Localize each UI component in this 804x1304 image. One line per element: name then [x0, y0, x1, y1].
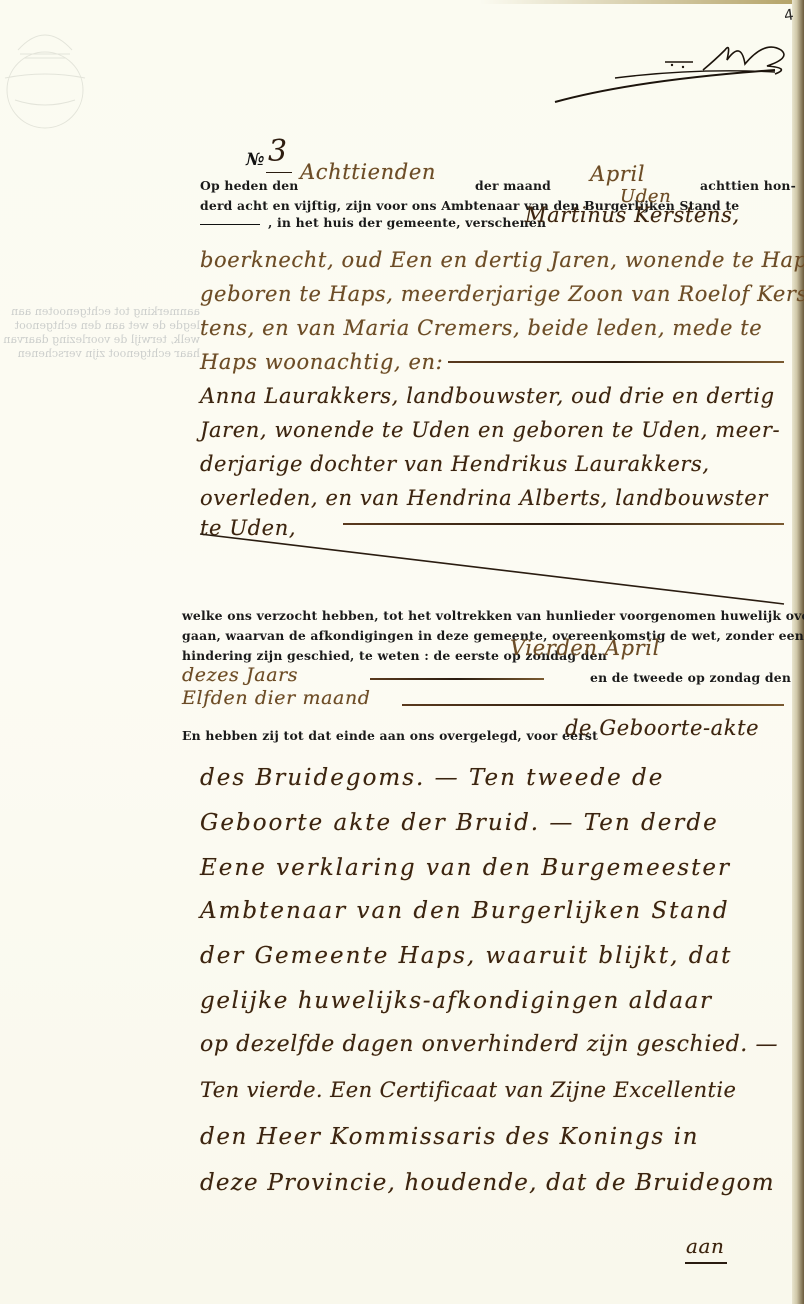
cancellation-line	[200, 530, 790, 610]
printed-banns-line-2: gaan, waarvan de afkondigingen in deze g…	[182, 628, 804, 643]
hand-day: Achttienden	[300, 160, 436, 184]
catchword: aan	[686, 1234, 725, 1258]
top-paper-edge	[480, 0, 792, 4]
paraph-signature-icon	[545, 40, 785, 110]
printed-der-maand: der maand	[475, 178, 551, 193]
fill-line	[402, 704, 784, 706]
show-through-text: aanmerking tot echtgenooten aan legde de…	[0, 305, 200, 385]
document-line-8: Ten vierde. Een Certificaat van Zijne Ex…	[200, 1078, 736, 1102]
bride-line-2: Jaren, wonende te Uden en geboren te Ude…	[200, 418, 780, 442]
document-line-2: Geboorte akte der Bruid. — Ten derde	[200, 810, 719, 836]
fill-line	[343, 523, 784, 525]
groom-line-4: Haps woonachtig, en:	[200, 350, 443, 374]
document-line-3: Eene verklaring van den Burgemeester	[200, 855, 731, 881]
blank-line	[200, 224, 260, 225]
printed-documents-intro: En hebben zij tot dat einde aan ons over…	[182, 728, 598, 743]
document-line-6: gelijke huwelijks-afkondigingen aldaar	[200, 988, 713, 1014]
document-line-9: den Heer Kommissaris des Konings in	[200, 1124, 699, 1150]
fill-line	[448, 361, 784, 363]
printed-op-heden-den: Op heden den	[200, 178, 299, 193]
printed-banns-line-1: welke ons verzocht hebben, tot het voltr…	[182, 608, 804, 623]
bride-line-1: Anna Laurakkers, landbouwster, oud drie …	[200, 384, 775, 408]
record-number-label: №	[246, 150, 264, 170]
hand-first-banns-year: dezes Jaars	[182, 664, 298, 686]
catchword-underline	[685, 1262, 727, 1264]
document-line-5: der Gemeente Haps, waaruit blijkt, dat	[200, 943, 732, 969]
hand-groom-name: Martinus Kerstens,	[525, 203, 740, 227]
record-number-underline	[266, 172, 292, 173]
bride-line-4: overleden, en van Hendrina Alberts, land…	[200, 486, 768, 510]
printed-verschenen-line: , in het huis der gemeente, verschenen	[268, 215, 546, 230]
document-line-4: Ambtenaar van den Burgerlijken Stand	[200, 898, 730, 924]
document-line-10: deze Provincie, houdende, dat de Bruideg…	[200, 1170, 775, 1196]
printed-tweede-zondag: en de tweede op zondag den	[590, 670, 791, 685]
groom-line-1: boerknecht, oud Een en dertig Jaren, won…	[200, 248, 804, 272]
document-line-1: des Bruidegoms. — Ten tweede de	[200, 765, 664, 791]
hand-first-document: de Geboorte-akte	[565, 716, 759, 740]
hand-first-banns-date: Vierden April	[510, 636, 660, 660]
groom-line-3: tens, en van Maria Cremers, beide leden,…	[200, 316, 762, 340]
hand-second-banns-date: Elfden dier maand	[182, 687, 371, 709]
groom-line-2: geboren te Haps, meerderjarige Zoon van …	[200, 282, 804, 306]
embossed-seal-icon	[0, 10, 90, 120]
bride-line-3: derjarige dochter van Hendrikus Laurakke…	[200, 452, 710, 476]
binding-edge	[792, 0, 804, 1304]
hand-month: April	[590, 162, 645, 186]
printed-achttien-hon: achttien hon-	[700, 178, 796, 193]
record-number: 3	[268, 134, 287, 169]
document-line-7: op dezelfde dagen onverhinderd zijn gesc…	[200, 1032, 778, 1057]
fill-line	[370, 678, 544, 680]
